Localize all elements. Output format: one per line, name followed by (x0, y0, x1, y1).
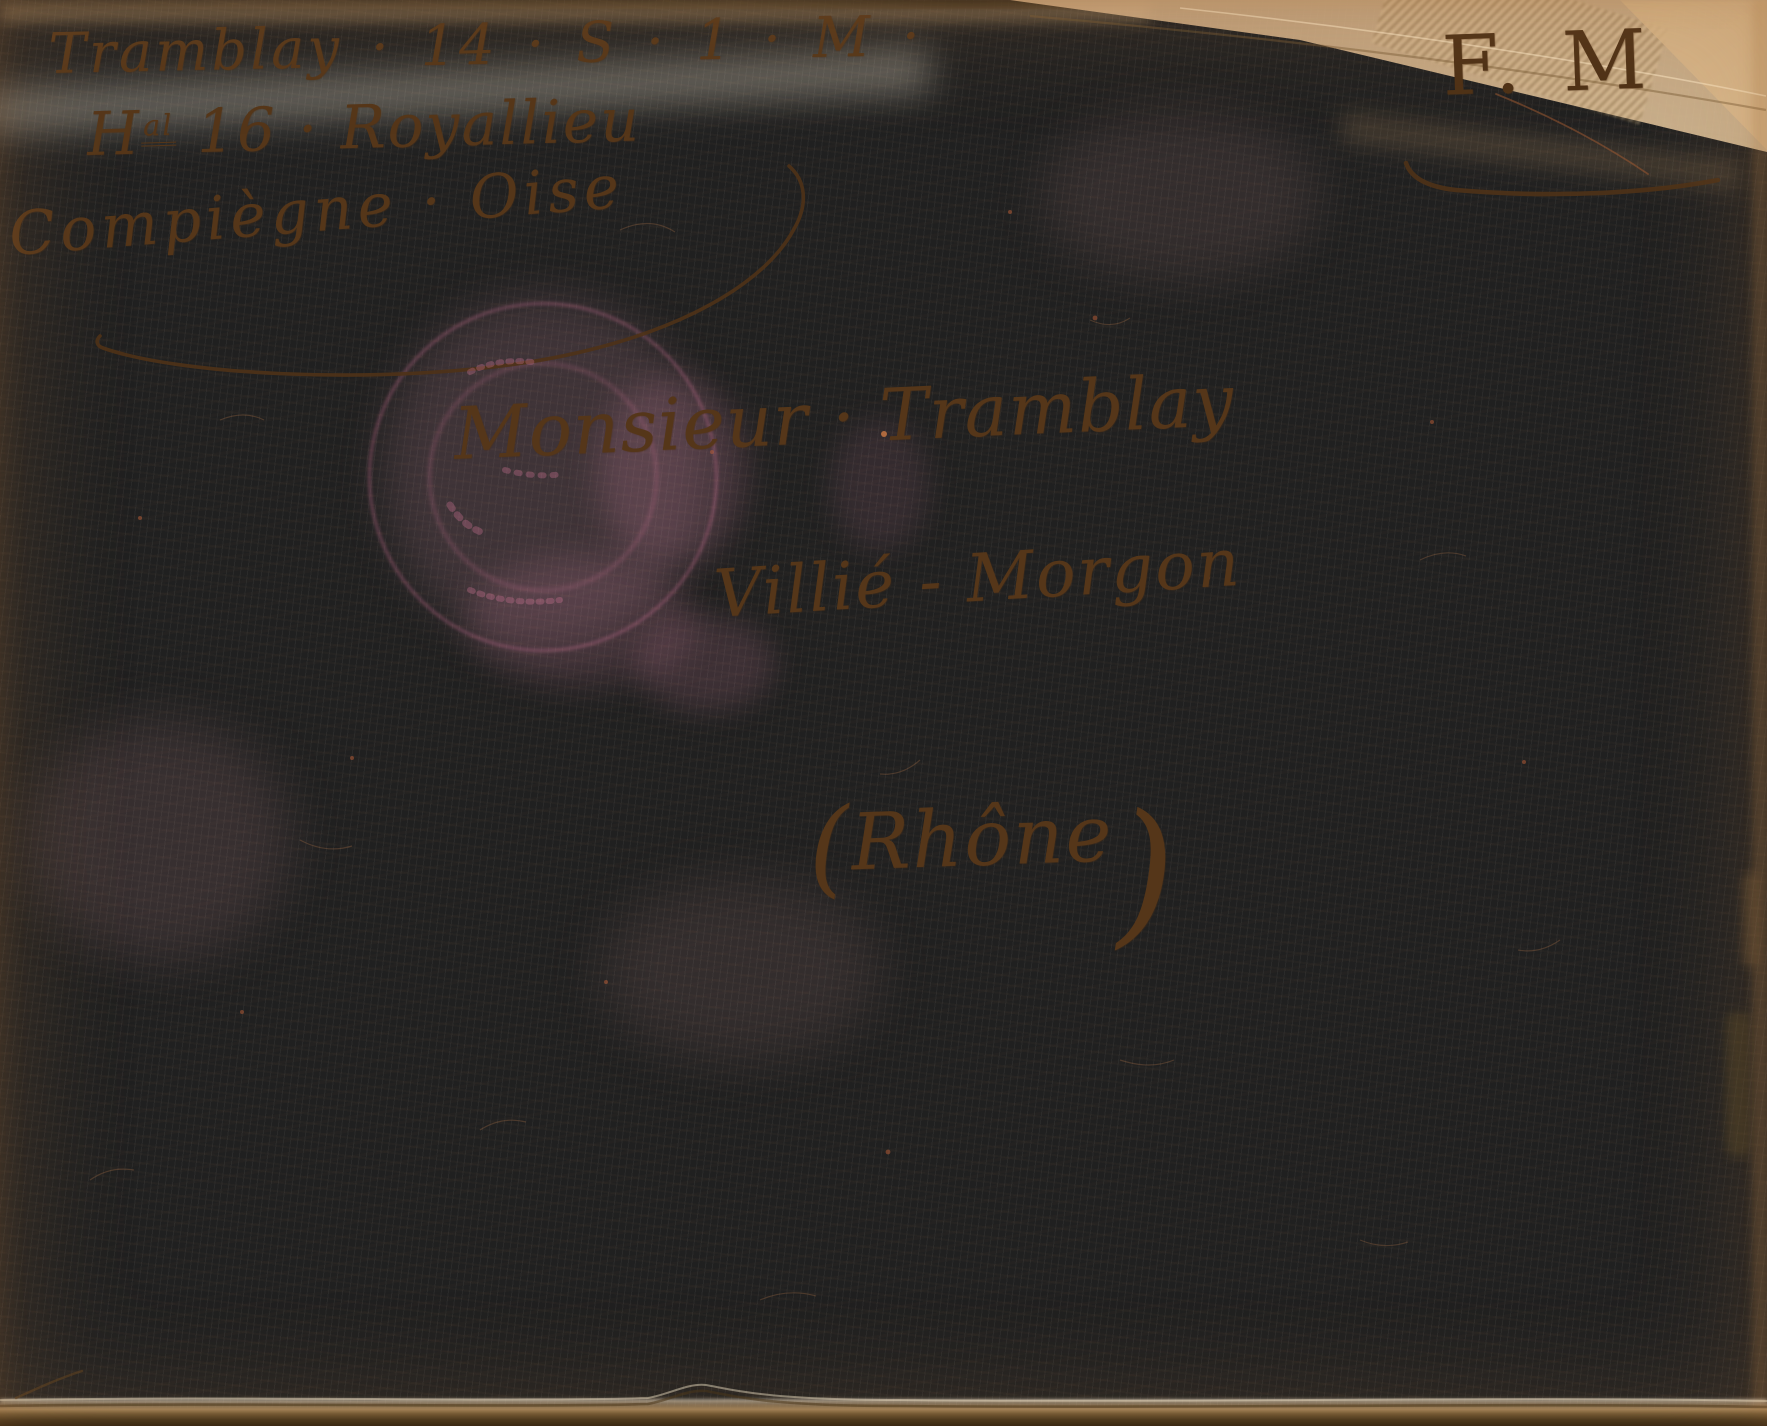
envelope: Tramblay · 14 · S · 1 · M · Hal 16 · Roy… (0, 0, 1767, 1426)
bottom-crease-highlight (0, 1385, 1767, 1401)
fold-ridge-line (1030, 16, 1766, 110)
fm-underline (1406, 163, 1718, 194)
fold-wrinkle-shadow (1340, 114, 1740, 189)
postmark-mark (470, 590, 560, 602)
sender-line-1: Tramblay · 14 · S · 1 · M · (48, 4, 923, 87)
postmark-smudge (466, 556, 696, 686)
franchise-militaire-label: F. M (1440, 12, 1655, 114)
department-name: Rhône (850, 789, 1115, 888)
bottom-edge-band (0, 1400, 1767, 1426)
postmark-mark (450, 505, 484, 533)
pink-wash (30, 720, 290, 960)
bottom-crease (0, 1391, 1767, 1407)
address-line-department: (Rhône) (804, 713, 1178, 908)
corner-scratch (16, 1371, 82, 1398)
bottom-highlight (0, 1399, 1767, 1403)
postmark-stamp (368, 302, 718, 652)
pink-wash (1040, 110, 1320, 280)
address-line-monsieur: Monsieur · Tramblay (452, 358, 1236, 476)
address-line-commune: Villié - Morgon (712, 524, 1243, 633)
hospital-abbrev-h: H (86, 99, 142, 170)
right-edge-smudge (1726, 1012, 1750, 1157)
right-edge-shade (1752, 0, 1767, 1426)
right-edge-smudge (1742, 872, 1758, 967)
hospital-abbrev-sup: al (141, 108, 176, 147)
paper-specks (138, 210, 1526, 1154)
department-close-paren: ) (1112, 779, 1181, 963)
department-open-paren: ( (806, 784, 853, 908)
postmark-mark (470, 361, 532, 372)
